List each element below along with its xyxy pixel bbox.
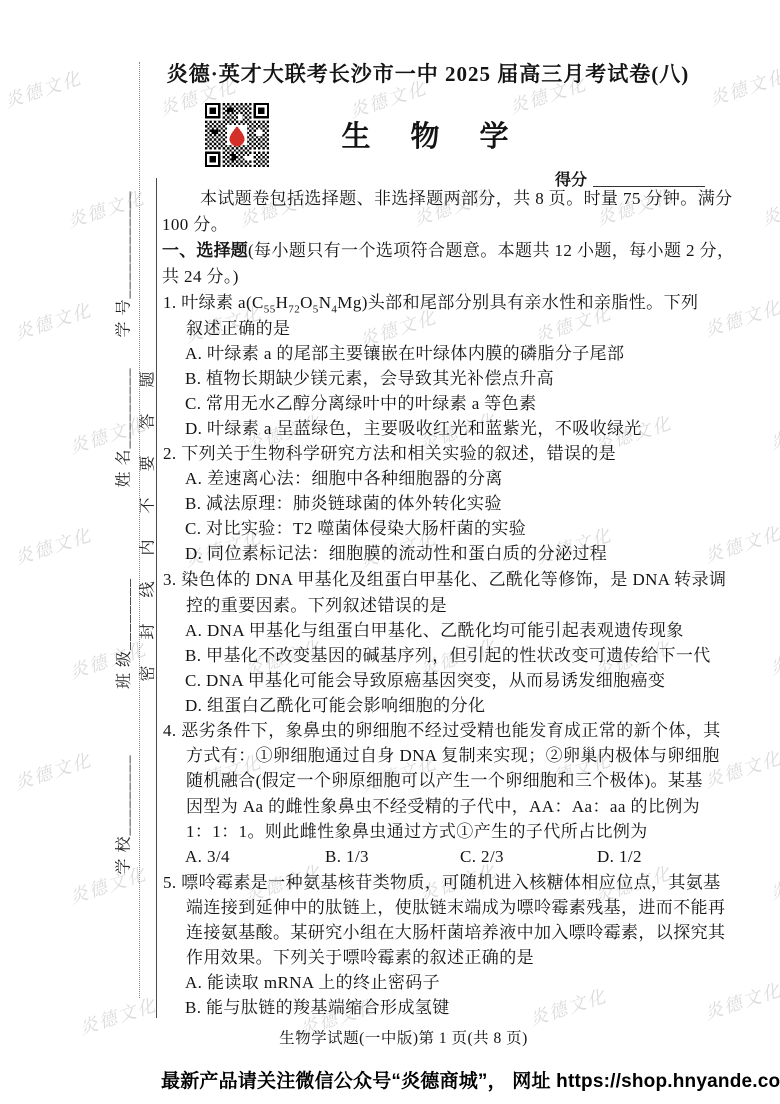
content-line: A. DNA 甲基化与组蛋白甲基化、乙酰化均可能引起表观遗传现象 bbox=[185, 620, 684, 642]
content-line: B. 甲基化不改变基因的碱基序列，但引起的性状改变可遗传给下一代 bbox=[185, 645, 711, 667]
content-line: C. 对比实验：T2 噬菌体侵染大肠杆菌的实验 bbox=[185, 518, 526, 540]
content-line: C. 2/3 bbox=[460, 846, 504, 868]
page-footer: 生物学试题(一中版)第 1 页(共 8 页) bbox=[0, 1026, 780, 1048]
content-line: 本试题卷包括选择题、非选择题两部分，共 8 页。时量 75 分钟。满分 bbox=[200, 188, 733, 210]
content-line: A. 3/4 bbox=[185, 846, 230, 868]
content-line: 端连接到延伸中的肽链上，使肽链末端成为嘌呤霉素残基，进而不能再 bbox=[186, 897, 725, 919]
content-line: A. 叶绿素 a 的尾部主要镶嵌在叶绿体内膜的磷脂分子尾部 bbox=[185, 343, 624, 365]
content-line: 1. 叶绿素 a(C55H72O5N4Mg)头部和尾部分别具有亲水性和亲脂性。下… bbox=[163, 292, 698, 314]
content-line: 连接氨基酸。某研究小组在大肠杆菌培养液中加入嘌呤霉素，以探究其 bbox=[186, 922, 725, 944]
content-line: B. 植物长期缺少镁元素，会导致其光补偿点升高 bbox=[185, 368, 554, 390]
content-line: 作用效果。下列关于嘌呤霉素的叙述正确的是 bbox=[186, 947, 534, 969]
content-line: 方式有：①卵细胞通过自身 DNA 复制来实现；②卵巢内极体与卵细胞 bbox=[186, 745, 720, 767]
content-line: C. 常用无水乙醇分离绿叶中的叶绿素 a 等色素 bbox=[185, 393, 536, 415]
content-line: B. 1/3 bbox=[325, 846, 369, 868]
content-line: 5. 嘌呤霉素是一种氨基核苷类物质，可随机进入核糖体相应位点，其氨基 bbox=[163, 872, 721, 894]
content-line: 随机融合(假定一个卵原细胞可以产生一个卵细胞和三个极体)。某基 bbox=[186, 770, 703, 792]
content-line: C. DNA 甲基化可能会导致原癌基因突变，从而易诱发细胞癌变 bbox=[185, 670, 665, 692]
content-line: 共 24 分。) bbox=[162, 266, 239, 288]
content-line: 因型为 Aa 的雌性象鼻虫不经受精的子代中，AA：Aa：aa 的比例为 bbox=[186, 796, 700, 818]
content-line: D. 同位素标记法：细胞膜的流动性和蛋白质的分泌过程 bbox=[185, 543, 607, 565]
content-line: B. 减法原理：肺炎链球菌的体外转化实验 bbox=[185, 493, 502, 515]
content-line: 叙述正确的是 bbox=[186, 318, 290, 340]
content-line: D. 组蛋白乙酰化可能会影响细胞的分化 bbox=[185, 695, 485, 717]
content-line: 100 分。 bbox=[162, 214, 228, 236]
content-line: 一、选择题(每小题只有一个选项符合题意。本题共 12 小题，每小题 2 分， bbox=[162, 240, 734, 262]
exam-paper-page: 炎德文化炎德文化炎德文化炎德文化炎德文化炎德文化炎德文化炎德文化炎德文化炎德文化… bbox=[0, 0, 780, 1104]
content-line: 控的重要因素。下列叙述错误的是 bbox=[186, 595, 447, 617]
promo-banner: 最新产品请关注微信公众号“炎德商城”， 网址 https://shop.hnya… bbox=[161, 1066, 780, 1093]
content-line: 3. 染色体的 DNA 甲基化及组蛋白甲基化、乙酰化等修饰，是 DNA 转录调 bbox=[163, 569, 726, 591]
content-line: 1：1：1。则此雌性象鼻虫通过方式①产生的子代所占比例为 bbox=[186, 821, 648, 843]
exam-content: 本试题卷包括选择题、非选择题两部分，共 8 页。时量 75 分钟。满分100 分… bbox=[0, 0, 780, 1104]
content-line: D. 叶绿素 a 呈蓝绿色，主要吸收红光和蓝紫光，不吸收绿光 bbox=[185, 418, 642, 440]
content-line: A. 能读取 mRNA 上的终止密码子 bbox=[185, 972, 440, 994]
content-line: 4. 恶劣条件下，象鼻虫的卵细胞不经过受精也能发育成正常的新个体，其 bbox=[163, 720, 721, 742]
content-line: A. 差速离心法：细胞中各种细胞器的分离 bbox=[185, 468, 503, 490]
content-line: 2. 下列关于生物科学研究方法和相关实验的叙述，错误的是 bbox=[163, 443, 616, 465]
content-line: B. 能与肽链的羧基端缩合形成氢键 bbox=[185, 997, 450, 1019]
content-line: D. 1/2 bbox=[597, 846, 642, 868]
